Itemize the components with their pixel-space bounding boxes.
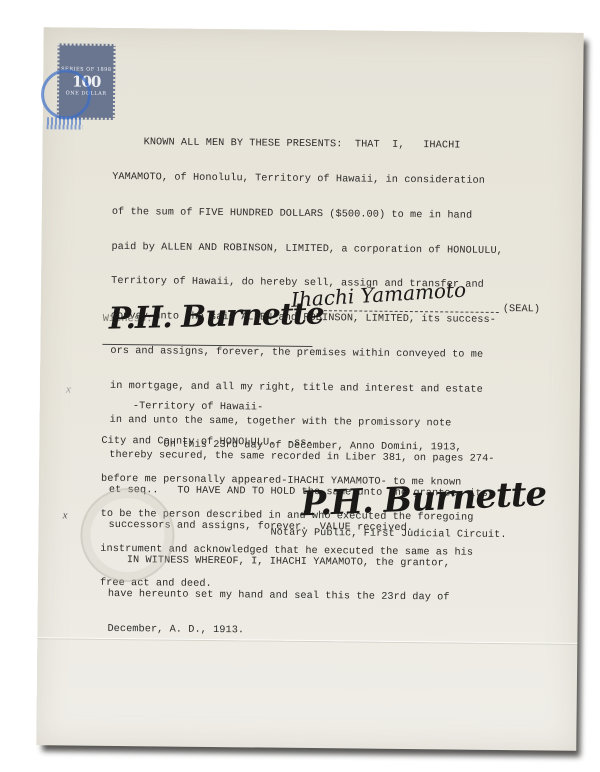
margin-mark: x (66, 383, 71, 395)
margin-mark: x (63, 509, 68, 521)
body-line: YAMAMOTO, of Honolulu, Territory of Hawa… (112, 172, 552, 188)
ack-line: On this 23rd day of December, Anno Domin… (101, 439, 541, 455)
stamp-cancellation-mark (41, 69, 92, 120)
body-line: of the sum of FIVE HUNDRED DOLLARS ($500… (112, 207, 552, 223)
document-page: SERIES OF 1898 100 ONE DOLLAR KNOWN ALL … (36, 27, 583, 751)
body-line: ors and assigns, forever, the premises w… (110, 346, 550, 362)
witness-signature: P.H. Burnette (108, 296, 324, 336)
body-line: KNOWN ALL MEN BY THESE PRESENTS: THAT I,… (113, 137, 553, 153)
stamp-cancellation-lines (47, 117, 83, 129)
body-line: paid by ALLEN AND ROBINSON, LIMITED, a c… (111, 241, 551, 257)
notary-embossed-seal (80, 488, 175, 583)
venue-line: -Territory of Hawaii- (102, 401, 542, 417)
ack-line: free act and deed. (100, 578, 540, 594)
seal-label: (SEAL) (503, 304, 563, 316)
